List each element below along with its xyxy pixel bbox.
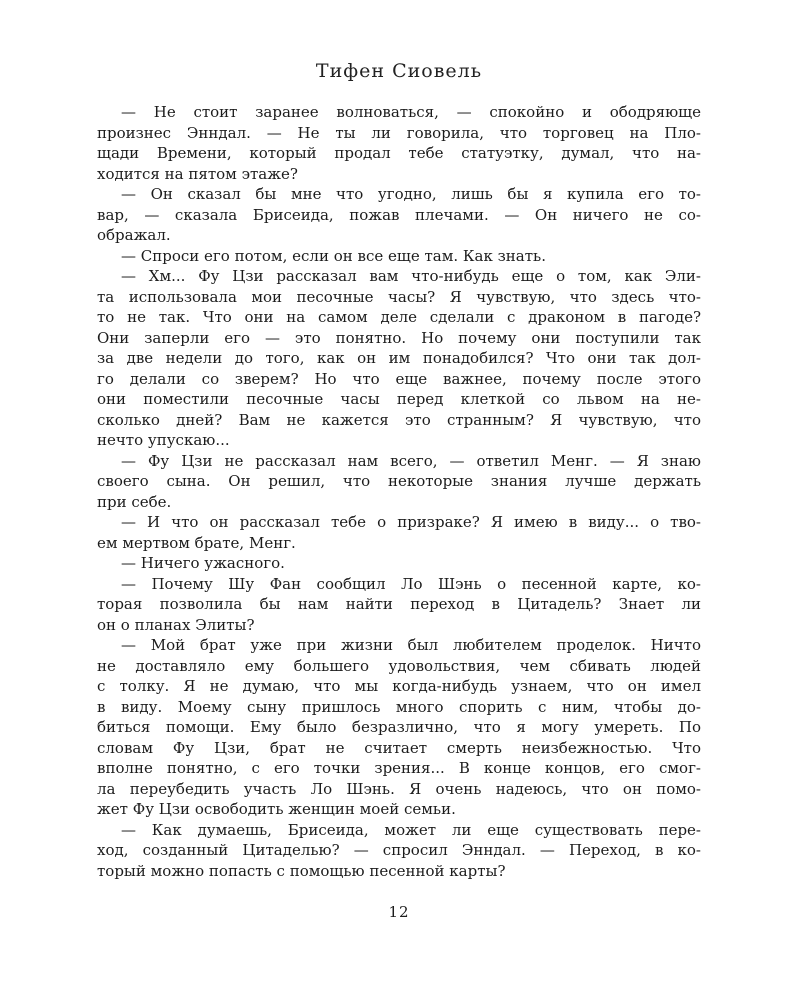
text-line: произнес Энндал. — Не ты ли говорила, чт… xyxy=(97,123,701,144)
paragraph: — И что он рассказал тебе о призраке? Я … xyxy=(97,512,701,553)
text-line: ла переубедить участь Ло Шэнь. Я очень н… xyxy=(97,779,701,800)
text-line: та использовала мои песочные часы? Я чув… xyxy=(97,287,701,308)
paragraph: — Спроси его потом, если он все еще там.… xyxy=(97,246,701,267)
text-line: — Почему Шу Фан сообщил Ло Шэнь о песенн… xyxy=(97,574,701,595)
text-line: ход, созданный Цитаделью? — спросил Эннд… xyxy=(97,840,701,861)
text-line: они поместили песочные часы перед клетко… xyxy=(97,389,701,410)
text-line: го делали со зверем? Но что еще важнее, … xyxy=(97,369,701,390)
text-line: — Как думаешь, Брисеида, может ли еще су… xyxy=(97,820,701,841)
text-line: с толку. Я не думаю, что мы когда-нибудь… xyxy=(97,676,701,697)
paragraph: — Не стоит заранее волноваться, — спокой… xyxy=(97,102,701,184)
text-line: своего сына. Он решил, что некоторые зна… xyxy=(97,471,701,492)
text-line: не доставляло ему большего удовольствия,… xyxy=(97,656,701,677)
paragraph: — Фу Цзи не рассказал нам всего, — ответ… xyxy=(97,451,701,513)
paragraph: — Как думаешь, Брисеида, может ли еще су… xyxy=(97,820,701,882)
text-line: — Он сказал бы мне что угодно, лишь бы я… xyxy=(97,184,701,205)
text-line: ходится на пятом этаже? xyxy=(97,164,701,185)
paragraph: — Он сказал бы мне что угодно, лишь бы я… xyxy=(97,184,701,246)
page-number: 12 xyxy=(97,903,701,921)
text-line: сколько дней? Вам не кажется это странны… xyxy=(97,410,701,431)
text-line: биться помощи. Ему было безразлично, что… xyxy=(97,717,701,738)
text-line: он о планах Элиты? xyxy=(97,615,701,636)
text-line: — Не стоит заранее волноваться, — спокой… xyxy=(97,102,701,123)
text-line: ем мертвом брате, Менг. xyxy=(97,533,701,554)
text-line: при себе. xyxy=(97,492,701,513)
page-body: — Не стоит заранее волноваться, — спокой… xyxy=(97,102,701,881)
text-line: — Ничего ужасного. xyxy=(97,553,701,574)
text-line: ображал. xyxy=(97,225,701,246)
text-line: вполне понятно, с его точки зрения... В … xyxy=(97,758,701,779)
text-line: нечто упускаю... xyxy=(97,430,701,451)
text-line: за две недели до того, как он им понадоб… xyxy=(97,348,701,369)
text-line: торая позволила бы нам найти переход в Ц… xyxy=(97,594,701,615)
text-line: — Мой брат уже при жизни был любителем п… xyxy=(97,635,701,656)
text-line: — Фу Цзи не рассказал нам всего, — ответ… xyxy=(97,451,701,472)
paragraph: — Мой брат уже при жизни был любителем п… xyxy=(97,635,701,820)
paragraph: — Хм... Фу Цзи рассказал вам что-нибудь … xyxy=(97,266,701,451)
paragraph: — Почему Шу Фан сообщил Ло Шэнь о песенн… xyxy=(97,574,701,636)
paragraph: — Ничего ужасного. xyxy=(97,553,701,574)
text-line: щади Времени, который продал тебе статуэ… xyxy=(97,143,701,164)
text-line: в виду. Моему сыну пришлось много спорит… xyxy=(97,697,701,718)
text-line: — Хм... Фу Цзи рассказал вам что-нибудь … xyxy=(97,266,701,287)
book-page: Тифен Сиовель — Не стоит заранее волнова… xyxy=(0,0,800,1000)
running-head-author: Тифен Сиовель xyxy=(97,60,701,82)
text-line: торый можно попасть с помощью песенной к… xyxy=(97,861,701,882)
text-line: жет Фу Цзи освободить женщин моей семьи. xyxy=(97,799,701,820)
text-line: Они заперли его — это понятно. Но почему… xyxy=(97,328,701,349)
text-line: — И что он рассказал тебе о призраке? Я … xyxy=(97,512,701,533)
text-line: то не так. Что они на самом деле сделали… xyxy=(97,307,701,328)
text-line: вар, — сказала Брисеида, пожав плечами. … xyxy=(97,205,701,226)
text-line: — Спроси его потом, если он все еще там.… xyxy=(97,246,701,267)
text-line: словам Фу Цзи, брат не считает смерть не… xyxy=(97,738,701,759)
